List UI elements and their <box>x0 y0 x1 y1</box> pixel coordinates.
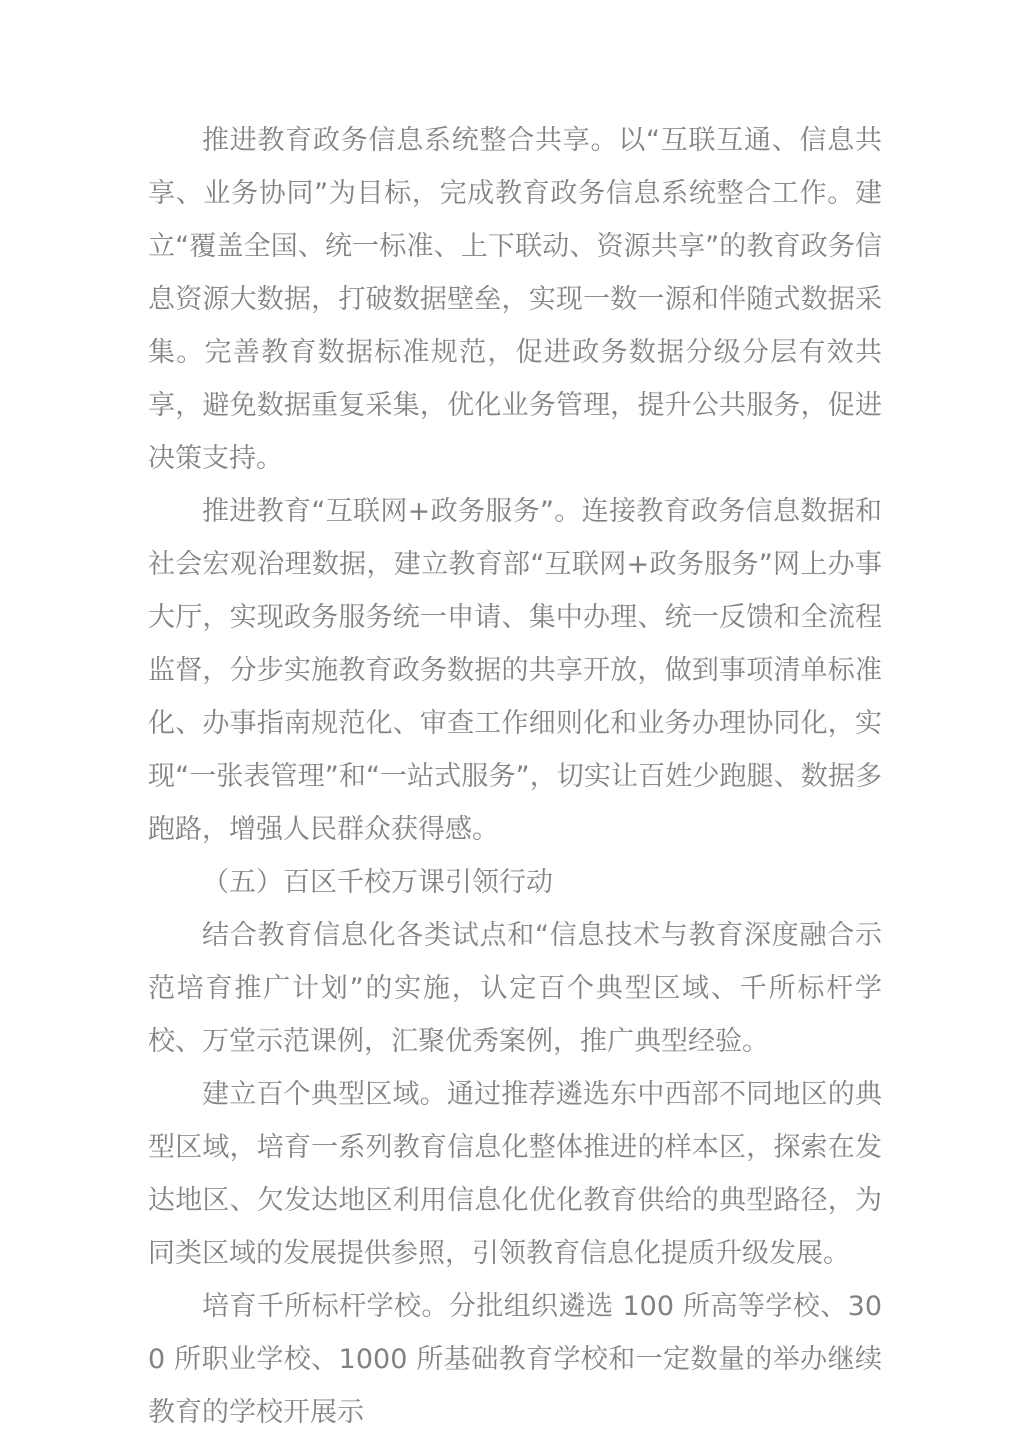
document-text-column: 推进教育政务信息系统整合共享。以“互联互通、信息共享、业务协同”为目标，完成教育… <box>148 114 882 1439</box>
paragraph-system-integration: 推进教育政务信息系统整合共享。以“互联互通、信息共享、业务协同”为目标，完成教育… <box>148 114 882 485</box>
paragraph-internet-plus-services: 推进教育“互联网+政务服务”。连接教育政务信息数据和社会宏观治理数据，建立教育部… <box>148 485 882 856</box>
paragraph-model-regions: 建立百个典型区域。通过推荐遴选东中西部不同地区的典型区域，培育一系列教育信息化整… <box>148 1068 882 1280</box>
section-heading-five: （五）百区千校万课引领行动 <box>148 856 882 909</box>
document-page: 推进教育政务信息系统整合共享。以“互联互通、信息共享、业务协同”为目标，完成教育… <box>0 0 1024 1448</box>
paragraph-pilot-programs: 结合教育信息化各类试点和“信息技术与教育深度融合示范培育推广计划”的实施，认定百… <box>148 909 882 1068</box>
paragraph-benchmark-schools: 培育千所标杆学校。分批组织遴选 100 所高等学校、300 所职业学校、1000… <box>148 1280 882 1439</box>
